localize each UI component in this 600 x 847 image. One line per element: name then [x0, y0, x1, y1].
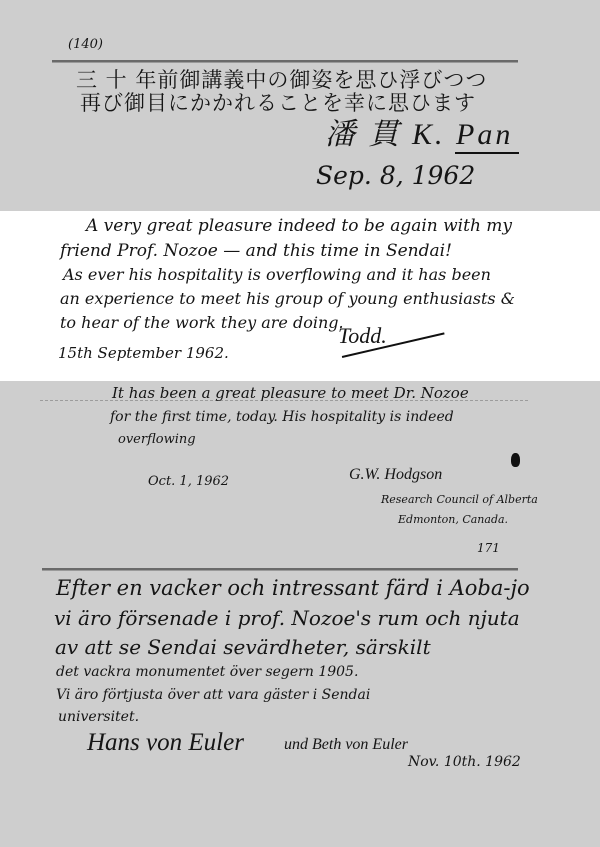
euler-message-line-3: av att se Sendai sevärdheter, särskilt	[55, 637, 431, 657]
pan-signature-underline	[455, 152, 519, 154]
hodgson-message-line-2: for the first time, today. His hospitali…	[110, 410, 454, 424]
entry-euler-section	[0, 561, 600, 847]
euler-message-line-2: vi äro försenade i prof. Nozoe's rum och…	[54, 608, 520, 628]
hodgson-message-line-1: It has been a great pleasure to meet Dr.…	[112, 386, 469, 401]
euler-message-line-1: Efter en vacker och intressant färd i Ao…	[56, 578, 530, 599]
page-number-bottom: 171	[477, 542, 500, 554]
euler-message-line-6: universitet.	[58, 710, 139, 724]
divider-rule-bottom	[42, 568, 518, 570]
hodgson-date: Oct. 1, 1962	[148, 475, 229, 488]
euler-date: Nov. 10th. 1962	[408, 755, 521, 769]
todd-message-line-1: A very great pleasure indeed to be again…	[86, 218, 512, 235]
euler-signature: Hans von Euler	[87, 730, 244, 755]
pan-message-line-1: 三 十 年前御講義中の御姿を思ひ浮びつつ	[76, 70, 487, 91]
ink-blot-mark	[511, 453, 520, 467]
hodgson-message-line-3: overflowing	[118, 433, 196, 446]
todd-signature: Todd.	[338, 325, 387, 347]
pan-date: Sep. 8, 1962	[316, 163, 475, 188]
todd-message-line-5: to hear of the work they are doing.	[60, 315, 344, 331]
euler-message-line-5: Vi äro förtjusta över att vara gäster i …	[56, 688, 370, 702]
hodgson-affiliation-line-1: Research Council of Alberta	[381, 494, 538, 505]
entry-hodgson-section	[0, 381, 600, 561]
pan-message-line-2: 再び御目にかかれることを幸に思ひます	[80, 93, 476, 114]
page-number-top: (140)	[68, 38, 103, 51]
todd-message-line-4: an experience to meet his group of young…	[60, 291, 515, 307]
hodgson-signature: G.W. Hodgson	[349, 467, 442, 483]
todd-message-line-2: friend Prof. Nozoe — and this time in Se…	[60, 243, 452, 260]
euler-message-line-4: det vackra monumentet över segern 1905.	[56, 665, 358, 679]
euler-cosignature: und Beth von Euler	[284, 737, 408, 753]
todd-message-line-3: As ever his hospitality is overflowing a…	[63, 267, 491, 283]
todd-date: 15th September 1962.	[58, 346, 229, 361]
pan-signature: 潘 貫 K. Pan	[325, 120, 513, 150]
divider-rule-top	[52, 60, 518, 62]
hodgson-affiliation-line-2: Edmonton, Canada.	[398, 514, 508, 525]
